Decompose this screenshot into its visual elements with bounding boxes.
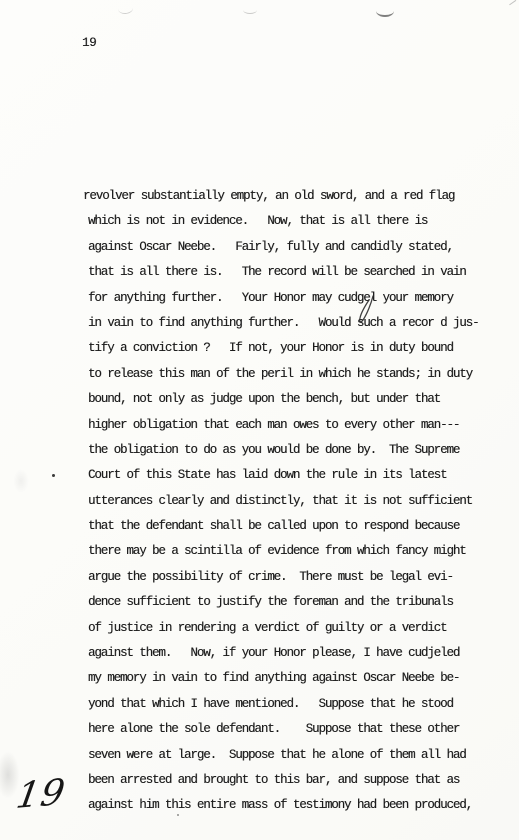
typewritten-text-block: revolver substantially empty, an old swo… xyxy=(88,184,488,819)
typewritten-line: my memory in vain to find anything again… xyxy=(88,666,488,691)
typewritten-line: been arrested and brought to this bar, a… xyxy=(88,768,488,793)
scanned-document-page: 19 revolver substantially empty, an old … xyxy=(0,0,519,840)
typewritten-line: against them. Now, if your Honor please,… xyxy=(88,641,488,666)
typewritten-line: the obligation to do as you would be don… xyxy=(88,438,488,463)
typewritten-line: dence sufficient to justify the foreman … xyxy=(88,590,488,615)
typewritten-line: argue the possibility of crime. There mu… xyxy=(88,565,488,590)
typed-page-number: 19 xyxy=(82,36,96,50)
typewritten-line: tify a conviction ? If not, your Honor i… xyxy=(88,336,488,361)
typewritten-line: yond that which I have mentioned. Suppos… xyxy=(88,692,488,717)
typewritten-line: against Oscar Neebe. Fairly, fully and c… xyxy=(88,235,488,260)
typewritten-line: bound, not only as judge upon the bench,… xyxy=(88,387,488,412)
pen-curve-mark-icon xyxy=(117,2,133,15)
pen-curve-mark-icon xyxy=(376,5,394,17)
typewritten-line: which is not in evidence. Now, that is a… xyxy=(88,209,488,234)
handwritten-correction-loop-icon xyxy=(357,295,377,325)
corner-stroke-icon xyxy=(509,0,517,6)
typewritten-line: of justice in rendering a verdict of gui… xyxy=(88,616,488,641)
pencil-smudge-icon xyxy=(10,464,32,498)
typewritten-line: against him this entire mass of testimon… xyxy=(88,793,488,818)
ink-dot-icon xyxy=(52,474,55,477)
typewritten-line: that is all there is. The record will be… xyxy=(88,260,488,285)
typewritten-line: that the defendant shall be called upon … xyxy=(88,514,488,539)
typewritten-line: for anything further. Your Honor may cud… xyxy=(88,286,488,311)
typewritten-line: to release this man of the peril in whic… xyxy=(88,362,488,387)
handwritten-page-number: 19 xyxy=(13,772,68,817)
typewritten-line: Court of this State has laid down the ru… xyxy=(88,463,488,488)
typewritten-line: seven were at large. Suppose that he alo… xyxy=(88,743,488,768)
pen-curve-mark-icon xyxy=(243,6,257,14)
typewritten-line: higher obligation that each man owes to … xyxy=(88,413,488,438)
typewritten-line: utterances clearly and distinctly, that … xyxy=(88,489,488,514)
typewritten-line: here alone the sole defendant. Suppose t… xyxy=(88,717,488,742)
typewritten-line: revolver substantially empty, an old swo… xyxy=(83,184,488,209)
typewritten-line: in vain to find anything further. Would … xyxy=(88,311,488,336)
typewritten-line: there may be a scintilla of evidence fro… xyxy=(88,539,488,564)
